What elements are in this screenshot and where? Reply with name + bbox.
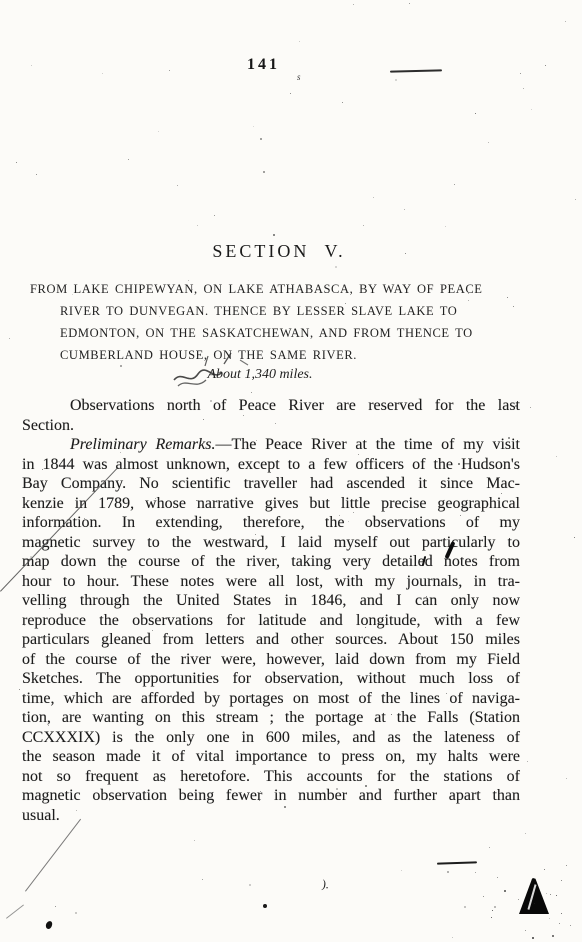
noise-dot xyxy=(260,791,261,792)
ink-blot-artifact xyxy=(45,920,53,929)
noise-dot xyxy=(530,407,531,408)
noise-dot xyxy=(260,138,262,140)
noise-dot xyxy=(504,890,506,892)
noise-dot xyxy=(492,910,493,911)
text-line: map down the course of the river, taking… xyxy=(22,552,520,572)
noise-dot xyxy=(158,131,159,132)
text-line: hour to hour. These notes were all lost,… xyxy=(22,572,520,592)
noise-dot xyxy=(475,113,476,114)
noise-dot xyxy=(120,452,121,453)
noise-dot xyxy=(545,65,546,66)
noise-dot xyxy=(488,142,489,143)
noise-dot xyxy=(549,918,550,919)
noise-dot xyxy=(566,865,567,866)
noise-dot xyxy=(561,880,562,881)
noise-dot xyxy=(447,871,449,873)
paragraph-lines: in 1844 was almost unknown, except to a … xyxy=(22,455,520,806)
route-heading-line: EDMONTON, ON THE SASKATCHEWAN, AND FROM … xyxy=(30,322,540,344)
noise-dot xyxy=(353,4,354,5)
noise-dot xyxy=(16,162,17,163)
noise-dot xyxy=(365,627,366,628)
noise-dot xyxy=(255,534,256,535)
noise-dot xyxy=(502,649,503,650)
noise-dot xyxy=(48,725,49,726)
noise-dot xyxy=(155,498,156,499)
noise-dot xyxy=(527,761,528,762)
noise-dot xyxy=(290,93,291,94)
text-line: reproduce the observations for latitude … xyxy=(22,611,520,631)
scratch-artifact xyxy=(6,904,24,918)
noise-dot xyxy=(464,906,466,908)
noise-dot xyxy=(532,937,534,939)
noise-dot xyxy=(515,405,517,407)
route-heading-line: FROM LAKE CHIPEWYAN, ON LAKE ATHABASCA, … xyxy=(30,278,540,300)
noise-dot xyxy=(128,159,129,160)
noise-dot xyxy=(373,197,374,198)
noise-dot xyxy=(574,537,575,538)
noise-dot xyxy=(520,73,521,74)
noise-dot xyxy=(405,253,406,254)
noise-dot xyxy=(299,41,300,42)
route-heading-line: RIVER TO DUNVEGAN. THENCE BY LESSER SLAV… xyxy=(30,300,540,322)
noise-dot xyxy=(202,879,203,880)
text-line: in 1844 was almost unknown, except to a … xyxy=(22,455,520,475)
noise-dot xyxy=(556,895,557,896)
noise-dot xyxy=(302,699,304,701)
noise-dot xyxy=(363,225,364,226)
noise-dot xyxy=(275,423,276,424)
text-line: magnetic observation being fewer in numb… xyxy=(22,786,520,806)
noise-dot xyxy=(544,869,545,870)
noise-dot xyxy=(446,693,447,694)
noise-dot xyxy=(458,463,460,465)
noise-dot xyxy=(559,923,560,924)
noise-dot xyxy=(251,392,252,393)
noise-dot xyxy=(561,913,562,914)
ink-triangle-artifact xyxy=(519,878,549,914)
text-line: usual. xyxy=(22,806,520,826)
route-heading: FROM LAKE CHIPEWYAN, ON LAKE ATHABASCA, … xyxy=(30,278,540,366)
noise-dot xyxy=(263,171,265,173)
scratch-artifact xyxy=(25,819,81,892)
noise-dot xyxy=(468,293,469,294)
noise-dot xyxy=(566,778,567,779)
noise-dot xyxy=(30,522,31,523)
noise-dot xyxy=(525,833,526,834)
ink-blot-artifact xyxy=(263,904,267,908)
scanned-book-page: 141 s SECTION V. FROM LAKE CHIPEWYAN, ON… xyxy=(0,0,582,942)
text-line: Observations north of Peace River are re… xyxy=(22,396,520,416)
text-line: of the course of the river were, however… xyxy=(22,650,520,670)
noise-dot xyxy=(342,102,343,103)
text-line: tion, are wanting on this stream ; the p… xyxy=(22,708,520,728)
noise-dot xyxy=(192,289,193,290)
noise-dot xyxy=(253,126,254,127)
noise-dot xyxy=(497,877,498,878)
text-run: —The Peace River at the time of my visit xyxy=(215,436,520,453)
text-line: Bay Company. No scientific traveller had… xyxy=(22,474,520,494)
noise-dot xyxy=(210,400,212,402)
noise-dot xyxy=(531,109,532,110)
text-line: time, which are afforded by portages on … xyxy=(22,689,520,709)
text-line: the season made it of vital importance t… xyxy=(22,747,520,767)
text-line: information. In extending, therefore, th… xyxy=(22,513,520,533)
text-line: CCXXXIX) is the only one in 600 miles, a… xyxy=(22,728,520,748)
noise-dot xyxy=(475,872,476,873)
noise-dot xyxy=(445,226,446,227)
distance-note: About 1,340 miles. xyxy=(110,367,410,383)
noise-dot xyxy=(565,21,566,22)
noise-dot xyxy=(161,663,163,665)
noise-dot xyxy=(19,689,20,690)
text-line: Section. xyxy=(22,416,520,436)
noise-dot xyxy=(273,234,275,236)
text-line: kenzie in 1789, whose narrative gives bu… xyxy=(22,494,520,514)
text-line: Preliminary Remarks.—The Peace River at … xyxy=(22,435,520,455)
stray-paren-mark: ). xyxy=(321,877,330,893)
noise-dot xyxy=(409,3,410,4)
noise-dot xyxy=(36,174,37,175)
text-line: magnetic survey to the westward, I laid … xyxy=(22,533,520,553)
noise-dot xyxy=(570,925,571,926)
noise-dot xyxy=(391,714,392,715)
body-text: Observations north of Peace River are re… xyxy=(22,396,520,825)
noise-dot xyxy=(525,930,526,931)
route-heading-line: CUMBERLAND HOUSE, ON THE SAME RIVER. xyxy=(30,344,540,366)
text-line: not so frequent as heretofore. This acco… xyxy=(22,767,520,787)
noise-dot xyxy=(468,300,469,301)
noise-dot xyxy=(454,184,455,185)
noise-dot xyxy=(194,840,195,841)
text-line: particulars gleaned from letters and oth… xyxy=(22,630,520,650)
noise-dot xyxy=(345,303,346,304)
italic-lead: Preliminary Remarks. xyxy=(70,436,215,453)
noise-dot xyxy=(177,185,178,186)
noise-dot xyxy=(84,518,85,519)
noise-dot xyxy=(518,899,519,900)
noise-dot xyxy=(336,788,338,790)
noise-dot xyxy=(259,800,260,801)
noise-dot xyxy=(318,645,319,646)
noise-dot xyxy=(109,800,110,801)
noise-dot xyxy=(494,906,496,908)
noise-dot xyxy=(491,917,492,918)
noise-dot xyxy=(75,912,77,914)
noise-dot xyxy=(575,199,576,200)
noise-dot xyxy=(550,894,551,895)
noise-dot xyxy=(546,893,547,894)
noise-dot xyxy=(452,937,453,938)
pen-dash-artifact xyxy=(437,861,477,864)
noise-dot xyxy=(30,556,32,558)
ink-triangle-streak xyxy=(527,884,536,909)
signature-mark: s xyxy=(297,72,301,82)
noise-dot xyxy=(401,870,402,871)
noise-dot xyxy=(395,79,397,81)
noise-dot xyxy=(24,625,25,626)
noise-dot xyxy=(197,225,198,226)
noise-dot xyxy=(534,903,535,904)
noise-dot xyxy=(489,847,490,848)
noise-dot xyxy=(42,469,43,470)
noise-dot xyxy=(214,215,215,216)
page-number: 141 xyxy=(0,56,527,74)
noise-dot xyxy=(552,935,554,937)
noise-dot xyxy=(523,88,524,89)
text-line: Sketches. The opportunities for observat… xyxy=(22,669,520,689)
noise-dot xyxy=(339,515,340,516)
noise-dot xyxy=(556,456,557,457)
text-line: velling through the United States in 184… xyxy=(22,591,520,611)
noise-dot xyxy=(404,209,405,210)
noise-dot xyxy=(9,338,10,339)
noise-dot xyxy=(412,714,413,715)
noise-dot xyxy=(31,65,32,66)
section-title: SECTION V. xyxy=(0,241,558,262)
noise-dot xyxy=(335,266,337,268)
noise-dot xyxy=(483,896,484,897)
noise-dot xyxy=(513,306,514,307)
noise-dot xyxy=(55,906,56,907)
noise-dot xyxy=(249,884,251,886)
